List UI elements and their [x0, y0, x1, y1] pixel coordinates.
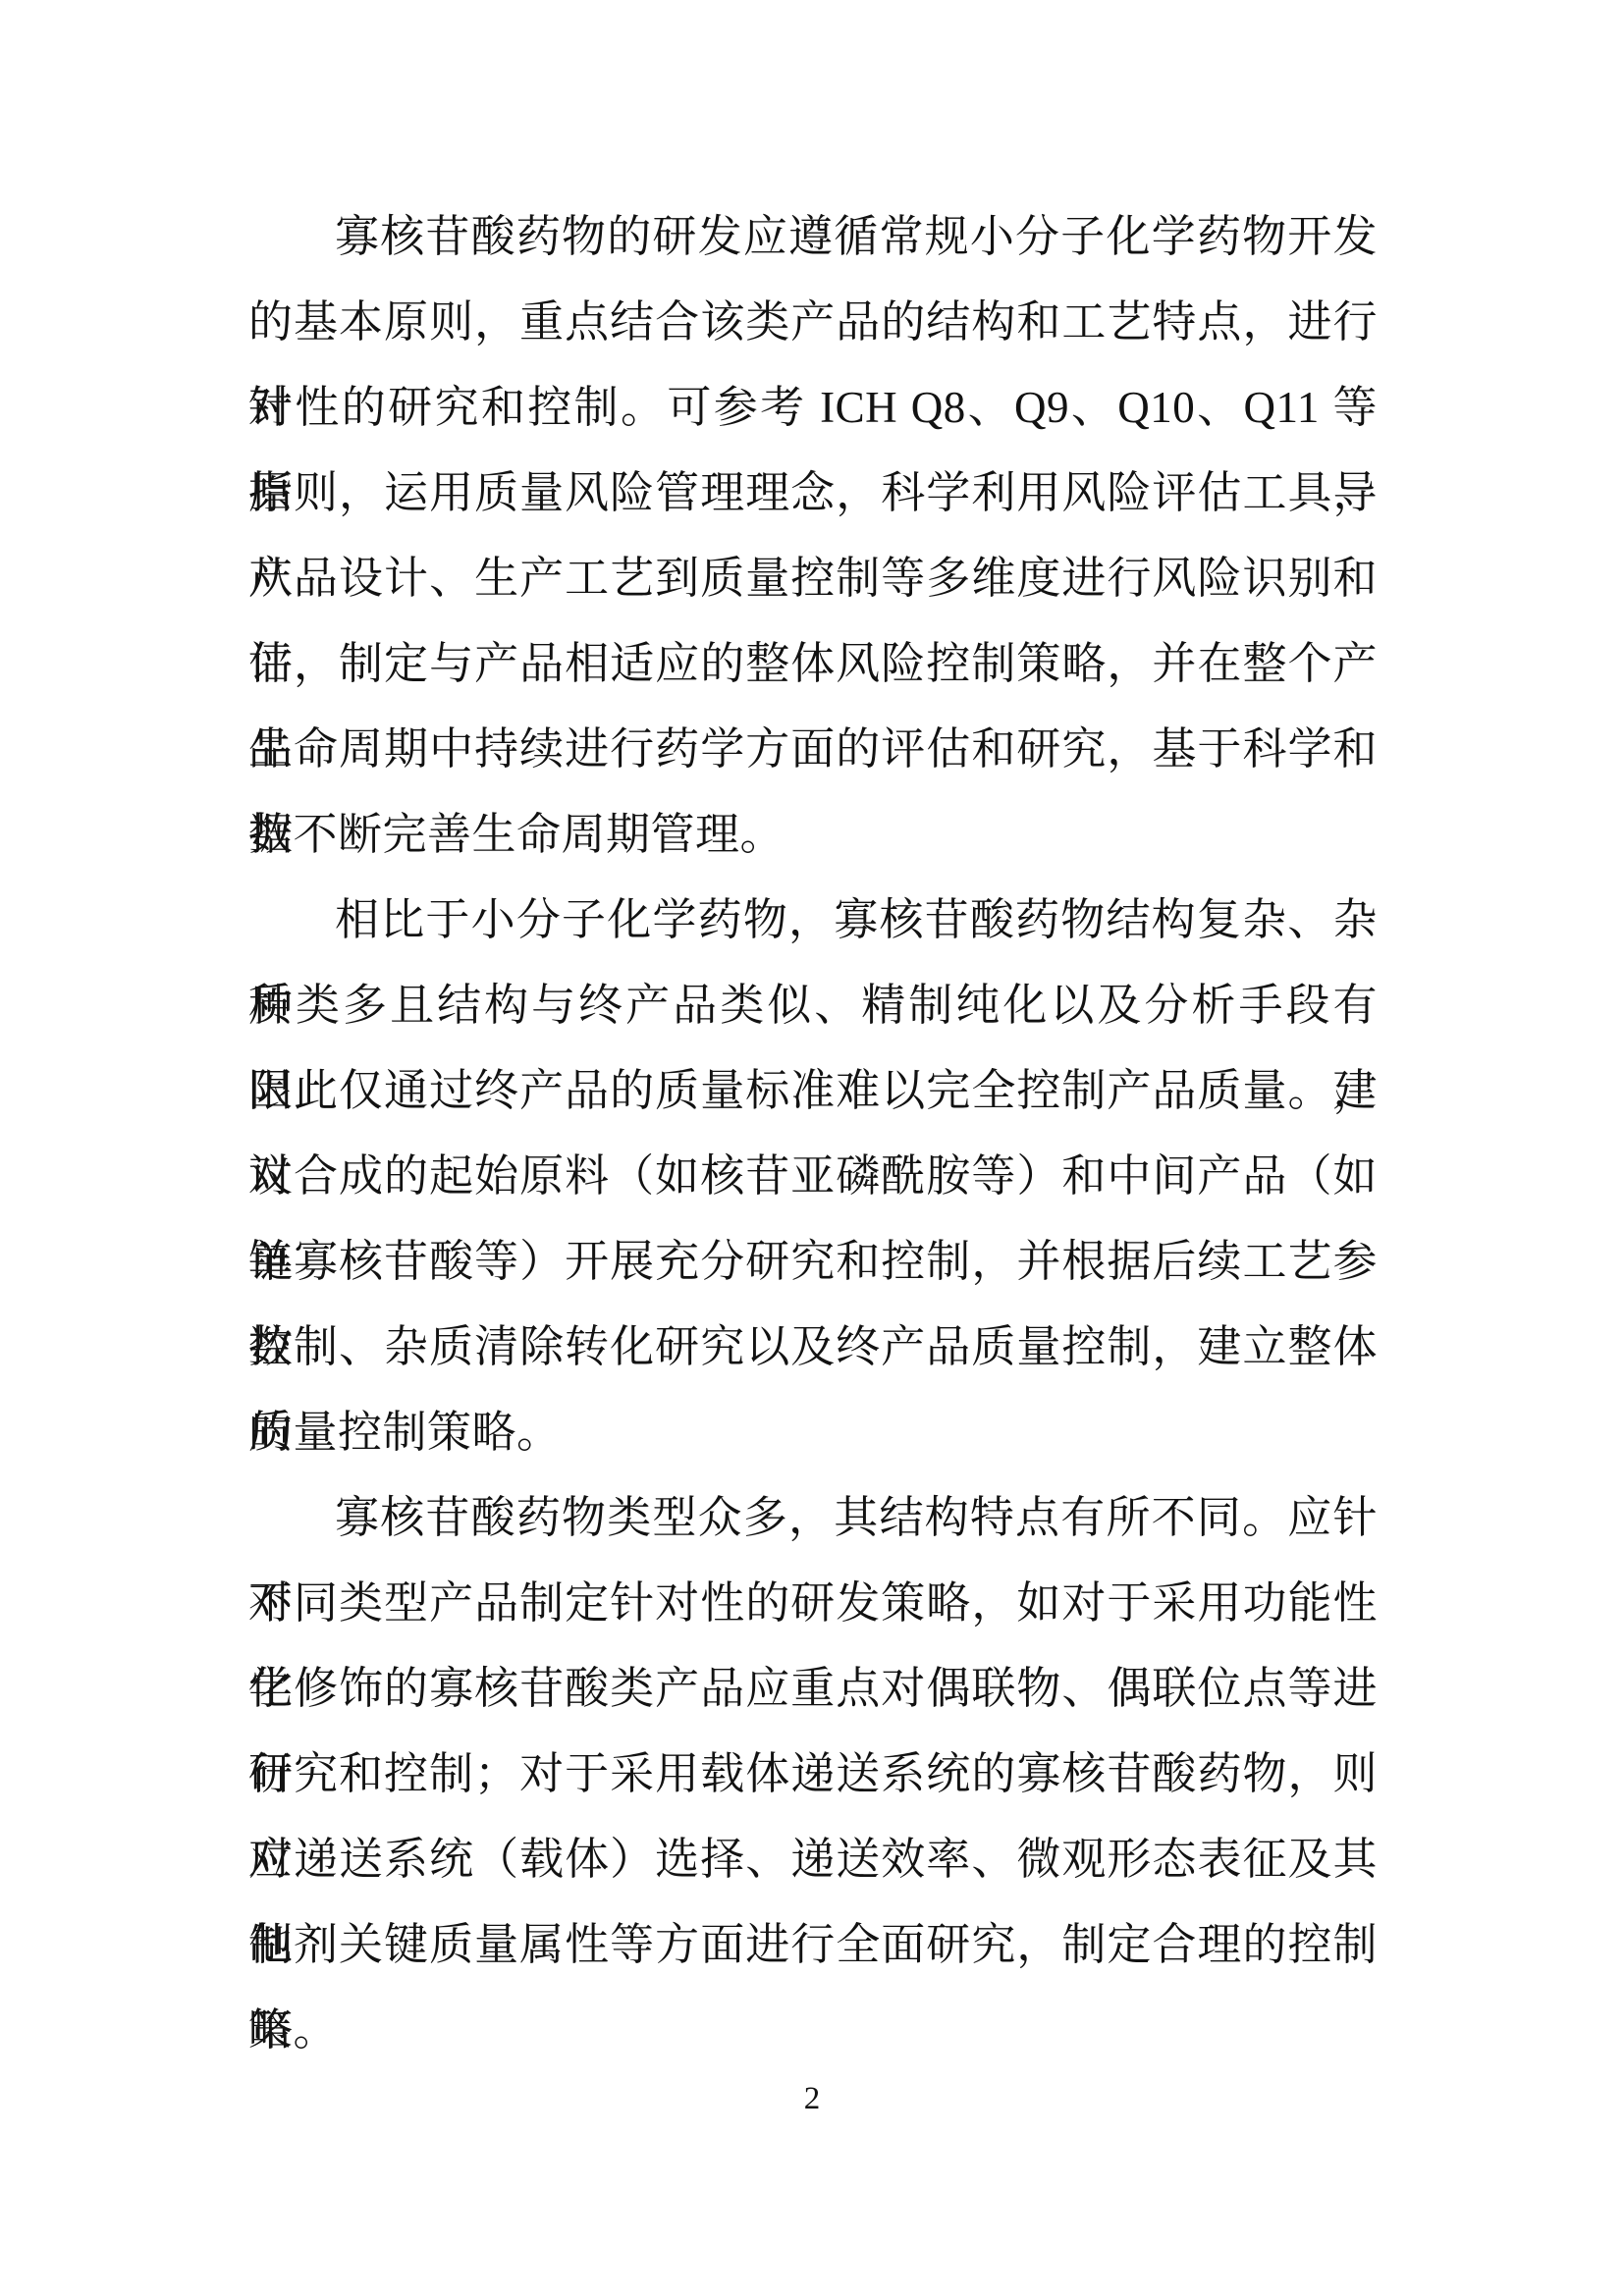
text-line: 研究和控制；对于采用载体递送系统的寡核苷酸药物，则应: [248, 1732, 1378, 1817]
text-line: 据不断完善生命周期管理。: [248, 792, 1378, 878]
text-line: 略。: [248, 1988, 1378, 2073]
scanned-document-page: 寡核苷酸药物的研发应遵循常规小分子化学药物开发 的基本原则，重点结合该类产品的结…: [0, 0, 1624, 2296]
text-line: 链寡核苷酸等）开展充分研究和控制，并根据后续工艺参数: [248, 1219, 1378, 1305]
text-line: 原则，运用质量风险管理理念，科学利用风险评估工具，从: [248, 451, 1378, 536]
text-line: 控制、杂质清除转化研究以及终产品质量控制，建立整体的: [248, 1305, 1378, 1390]
text-line: 生命周期中持续进行药学方面的评估和研究，基于科学和数: [248, 707, 1378, 792]
text-line: 制剂关键质量属性等方面进行全面研究，制定合理的控制策: [248, 1902, 1378, 1988]
text-line: 估，制定与产品相适应的整体风险控制策略，并在整个产品: [248, 621, 1378, 707]
body-text: 寡核苷酸药物的研发应遵循常规小分子化学药物开发 的基本原则，重点结合该类产品的结…: [248, 194, 1378, 2073]
text-line: 寡核苷酸药物的研发应遵循常规小分子化学药物开发: [248, 194, 1378, 280]
text-line: 相比于小分子化学药物，寡核苷酸药物结构复杂、杂质: [248, 878, 1378, 963]
text-line: 寡核苷酸药物类型众多，其结构特点有所不同。应针对: [248, 1475, 1378, 1561]
text-line: 学修饰的寡核苷酸类产品应重点对偶联物、偶联位点等进行: [248, 1646, 1378, 1732]
text-line: 质量控制策略。: [248, 1390, 1378, 1475]
page-number: 2: [0, 2079, 1624, 2118]
text-line: 因此仅通过终产品的质量标准难以完全控制产品质量。建议: [248, 1048, 1378, 1134]
text-line: 对合成的起始原料（如核苷亚磷酰胺等）和中间产品（如单: [248, 1134, 1378, 1219]
text-line: 对递送系统（载体）选择、递送效率、微观形态表征及其他: [248, 1817, 1378, 1902]
text-line: 不同类型产品制定针对性的研发策略，如对于采用功能性化: [248, 1561, 1378, 1646]
text-line: 种类多且结构与终产品类似、精制纯化以及分析手段有限，: [248, 963, 1378, 1048]
text-line: 对性的研究和控制。可参考 ICH Q8、Q9、Q10、Q11 等指导: [248, 365, 1378, 451]
text-line: 产品设计、生产工艺到质量控制等多维度进行风险识别和评: [248, 536, 1378, 621]
text-line: 的基本原则，重点结合该类产品的结构和工艺特点，进行针: [248, 280, 1378, 365]
